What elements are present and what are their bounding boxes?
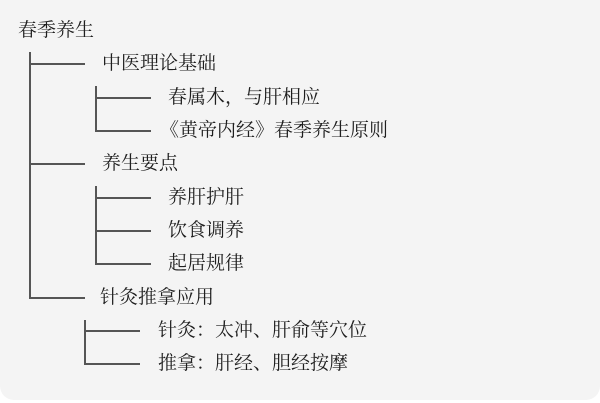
tree-node: 起居规律 xyxy=(0,248,24,278)
tree-node-label: 中医理论基础 xyxy=(102,48,216,78)
tree-node: 饮食调养 xyxy=(0,215,24,245)
tree-node-label: 推拿：肝经、胆经按摩 xyxy=(158,348,348,378)
tree-node: 《黄帝内经》春季养生原则 xyxy=(0,115,24,145)
branch-connector xyxy=(84,330,140,332)
branch-connector xyxy=(84,363,140,365)
tree-node-label: 饮食调养 xyxy=(168,215,244,245)
tree-node-label: 养生要点 xyxy=(102,148,178,178)
tree-panel: 春季养生 中医理论基础 春属木，与肝相应 《黄帝内经》春季养生原则 养生要点 养… xyxy=(0,0,600,400)
tree-node-label: 针灸推拿应用 xyxy=(100,282,214,312)
tree-node: 春属木，与肝相应 xyxy=(0,82,24,112)
tree-node: 中医理论基础 xyxy=(0,48,24,78)
tree-node-label: 养肝护肝 xyxy=(168,182,244,212)
tree-node: 针灸推拿应用 xyxy=(0,282,24,312)
tree-root-label: 春季养生 xyxy=(18,15,94,45)
tree-node: 养生要点 xyxy=(0,148,24,178)
branch-connector xyxy=(95,230,151,232)
tree-node-label: 起居规律 xyxy=(168,248,244,278)
tree-node-label: 针灸：太冲、肝俞等穴位 xyxy=(158,315,367,345)
branch-connector xyxy=(29,297,85,299)
branch-connector xyxy=(95,197,151,199)
tree-root: 春季养生 xyxy=(0,15,24,45)
tree-node: 针灸：太冲、肝俞等穴位 xyxy=(0,315,24,345)
branch-connector xyxy=(29,63,85,65)
subtree-line xyxy=(95,86,97,131)
tree-trunk-line xyxy=(29,52,31,298)
branch-connector xyxy=(29,163,85,165)
tree-node-label: 《黄帝内经》春季养生原则 xyxy=(160,115,388,145)
tree-node-label: 春属木，与肝相应 xyxy=(168,82,320,112)
tree-node: 推拿：肝经、胆经按摩 xyxy=(0,348,24,378)
branch-connector xyxy=(95,263,151,265)
subtree-line xyxy=(84,320,86,364)
branch-connector xyxy=(95,130,151,132)
tree-node: 养肝护肝 xyxy=(0,182,24,212)
branch-connector xyxy=(95,97,151,99)
